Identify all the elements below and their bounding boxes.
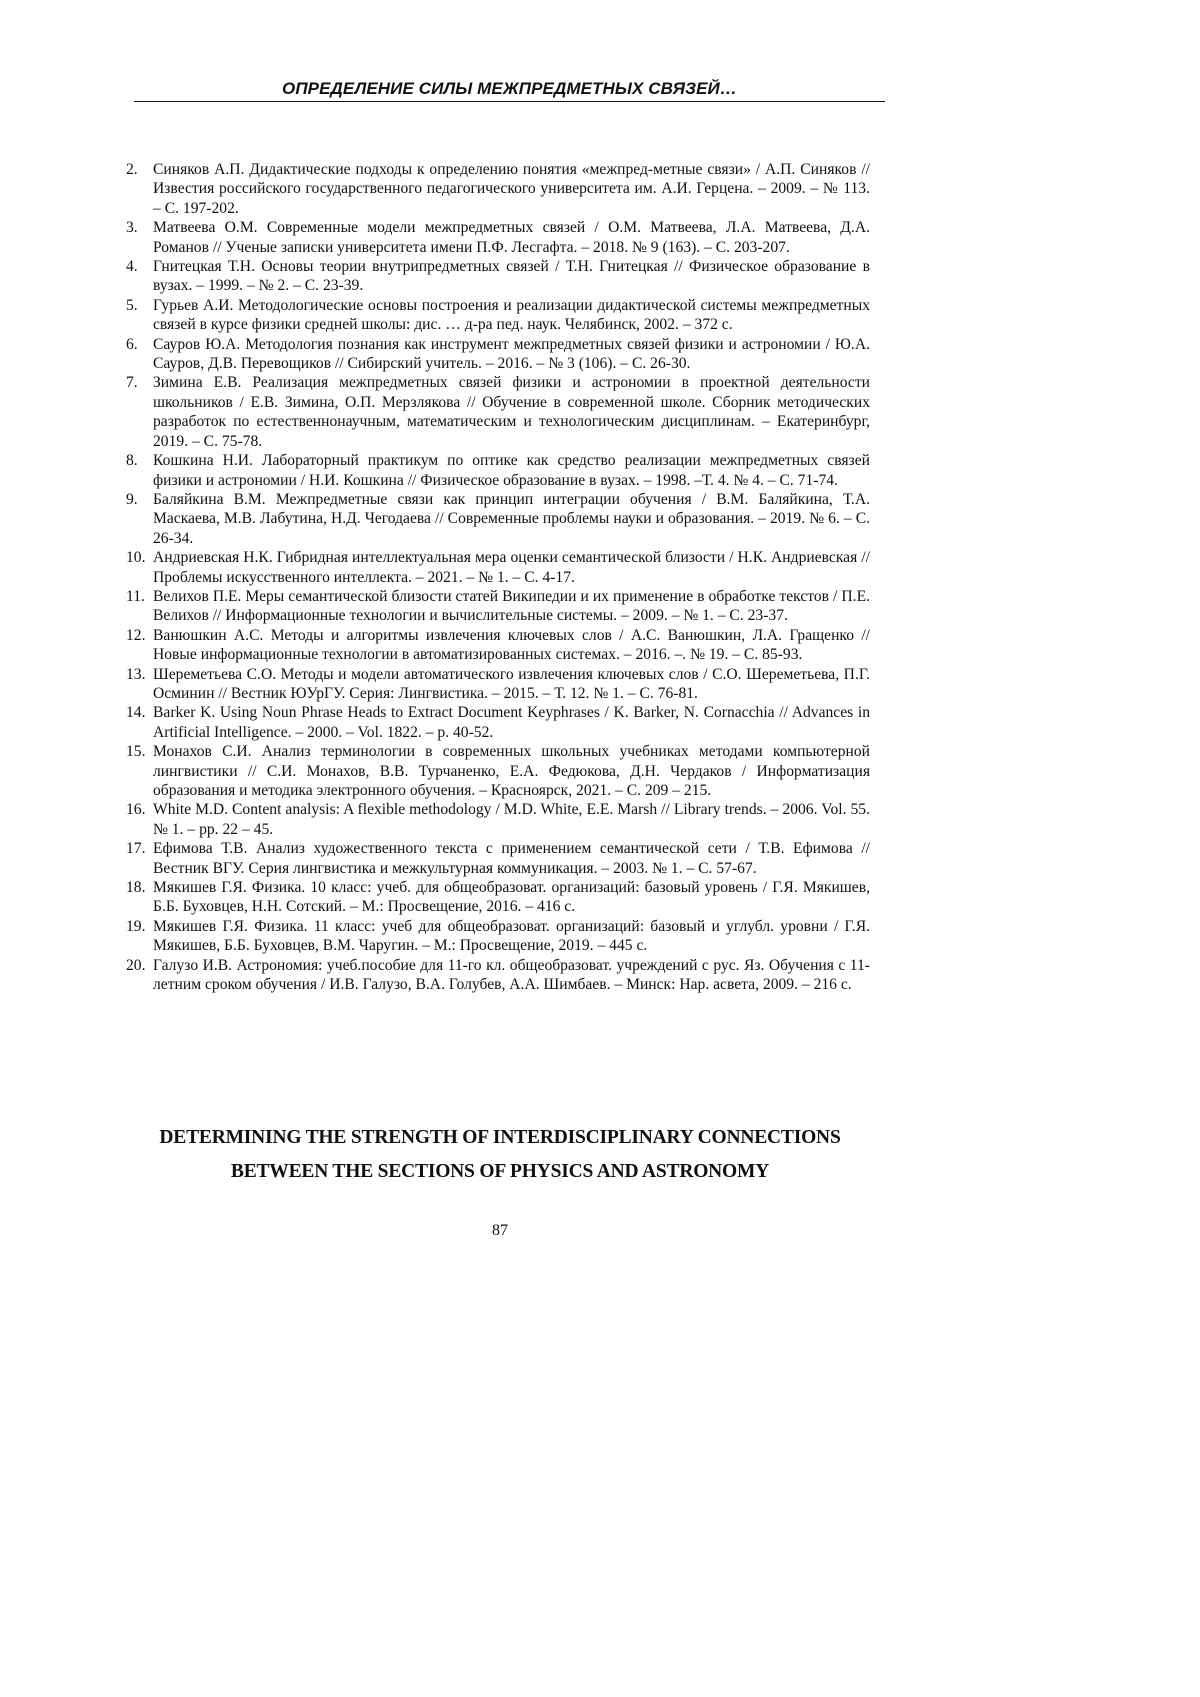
reference-number: 15.: [126, 742, 152, 761]
reference-text: Barker K. Using Noun Phrase Heads to Ext…: [153, 703, 870, 742]
reference-item: 12.Ванюшкин А.С. Методы и алгоритмы извл…: [126, 626, 870, 665]
reference-item: 8.Кошкина Н.И. Лабораторный практикум по…: [126, 451, 870, 490]
english-title-line-1: DETERMINING THE STRENGTH OF INTERDISCIPL…: [100, 1127, 900, 1149]
reference-item: 11.Велихов П.Е. Меры семантической близо…: [126, 587, 870, 626]
reference-number: 13.: [126, 665, 152, 684]
reference-number: 3.: [126, 218, 152, 237]
reference-number: 12.: [126, 626, 152, 645]
reference-text: Галузо И.В. Астрономия: учеб.пособие для…: [153, 956, 870, 995]
reference-item: 14.Barker K. Using Noun Phrase Heads to …: [126, 703, 870, 742]
reference-item: 18.Мякишев Г.Я. Физика. 10 класс: учеб. …: [126, 878, 870, 917]
reference-item: 3.Матвеева О.М. Современные модели межпр…: [126, 218, 870, 257]
reference-number: 16.: [126, 800, 152, 819]
reference-item: 2.Синяков А.П. Дидактические подходы к о…: [126, 160, 870, 218]
reference-number: 11.: [126, 587, 152, 606]
reference-item: 17.Ефимова Т.В. Анализ художественного т…: [126, 839, 870, 878]
reference-number: 5.: [126, 296, 152, 315]
reference-text: Велихов П.Е. Меры семантической близости…: [153, 587, 870, 626]
reference-text: Мякишев Г.Я. Физика. 11 класс: учеб для …: [153, 917, 870, 956]
reference-text: Гнитецкая Т.Н. Основы теории внутрипредм…: [153, 257, 870, 296]
running-header: ОПРЕДЕЛЕНИЕ СИЛЫ МЕЖПРЕДМЕТНЫХ СВЯЗЕЙ…: [134, 79, 885, 99]
reference-item: 13.Шереметьева С.О. Методы и модели авто…: [126, 665, 870, 704]
reference-number: 2.: [126, 160, 152, 179]
reference-number: 20.: [126, 956, 152, 975]
reference-item: 7.Зимина Е.В. Реализация межпредметных с…: [126, 373, 870, 451]
reference-number: 17.: [126, 839, 152, 858]
reference-text: Кошкина Н.И. Лабораторный практикум по о…: [153, 451, 870, 490]
reference-text: Андриевская Н.К. Гибридная интеллектуаль…: [153, 548, 870, 587]
reference-item: 15.Монахов С.И. Анализ терминологии в со…: [126, 742, 870, 800]
reference-item: 4.Гнитецкая Т.Н. Основы теории внутрипре…: [126, 257, 870, 296]
reference-number: 9.: [126, 490, 152, 509]
header-divider: [134, 101, 885, 102]
reference-item: 5.Гурьев А.И. Методологические основы по…: [126, 296, 870, 335]
reference-text: Баляйкина В.М. Межпредметные связи как п…: [153, 490, 870, 548]
reference-text: Монахов С.И. Анализ терминологии в совре…: [153, 742, 870, 800]
reference-list: 2.Синяков А.П. Дидактические подходы к о…: [126, 160, 870, 994]
reference-item: 6.Сауров Ю.А. Методология познания как и…: [126, 335, 870, 374]
reference-number: 8.: [126, 451, 152, 470]
document-page: ОПРЕДЕЛЕНИЕ СИЛЫ МЕЖПРЕДМЕТНЫХ СВЯЗЕЙ… 2…: [0, 0, 1200, 1697]
reference-text: Сауров Ю.А. Методология познания как инс…: [153, 335, 870, 374]
reference-item: 20.Галузо И.В. Астрономия: учеб.пособие …: [126, 956, 870, 995]
reference-number: 10.: [126, 548, 152, 567]
reference-number: 14.: [126, 703, 152, 722]
reference-text: Ефимова Т.В. Анализ художественного текс…: [153, 839, 870, 878]
reference-number: 4.: [126, 257, 152, 276]
page-number: 87: [450, 1222, 550, 1240]
reference-item: 9.Баляйкина В.М. Межпредметные связи как…: [126, 490, 870, 548]
reference-item: 10.Андриевская Н.К. Гибридная интеллекту…: [126, 548, 870, 587]
reference-text: Гурьев А.И. Методологические основы пост…: [153, 296, 870, 335]
reference-item: 16.White M.D. Content analysis: A flexib…: [126, 800, 870, 839]
english-title-line-2: BETWEEN THE SECTIONS OF PHYSICS AND ASTR…: [100, 1161, 900, 1183]
reference-text: Зимина Е.В. Реализация межпредметных свя…: [153, 373, 870, 451]
reference-text: Матвеева О.М. Современные модели межпред…: [153, 218, 870, 257]
reference-item: 19.Мякишев Г.Я. Физика. 11 класс: учеб д…: [126, 917, 870, 956]
reference-text: White M.D. Content analysis: A flexible …: [153, 800, 870, 839]
reference-text: Ванюшкин А.С. Методы и алгоритмы извлече…: [153, 626, 870, 665]
reference-number: 7.: [126, 373, 152, 392]
reference-text: Синяков А.П. Дидактические подходы к опр…: [153, 160, 870, 218]
reference-number: 18.: [126, 878, 152, 897]
reference-number: 6.: [126, 335, 152, 354]
reference-number: 19.: [126, 917, 152, 936]
reference-text: Шереметьева С.О. Методы и модели автомат…: [153, 665, 870, 704]
reference-text: Мякишев Г.Я. Физика. 10 класс: учеб. для…: [153, 878, 870, 917]
